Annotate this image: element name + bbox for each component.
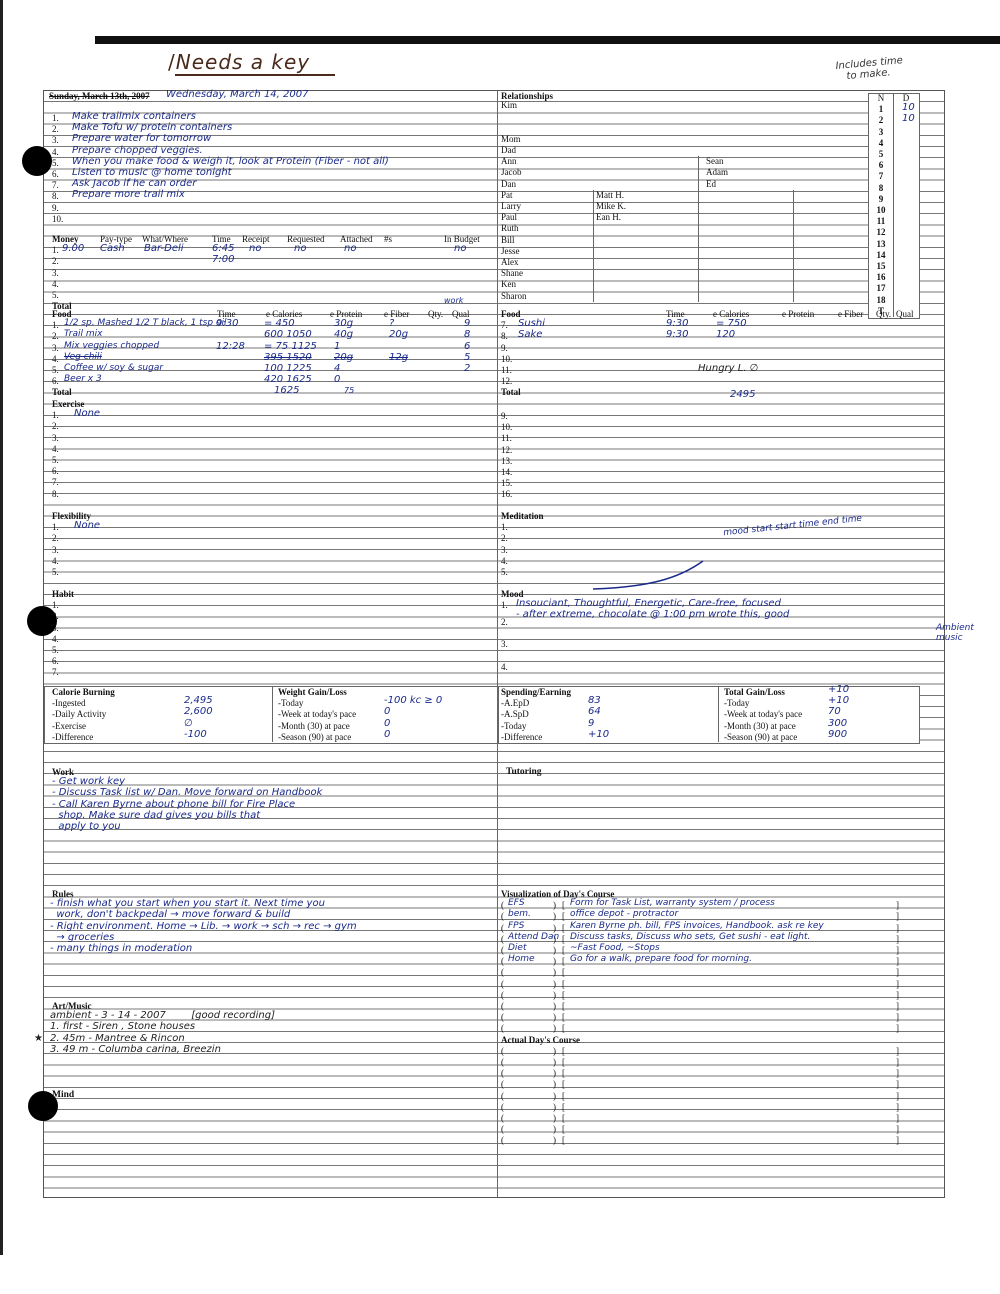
star-marker-icon: ★	[34, 1033, 43, 1044]
protein: 20g	[334, 352, 353, 363]
habit-header: Habit	[44, 589, 497, 600]
item-number: 4.	[52, 444, 59, 455]
food-item: 1/2 sp. Mashed 1/2 T black, 1 tsp oil	[64, 318, 226, 329]
close-paren: )	[553, 1124, 556, 1135]
money-row: 2.7:00	[44, 256, 497, 267]
column-header: #s	[384, 234, 392, 245]
d-value: 10	[902, 113, 915, 124]
header-value: +10	[828, 684, 849, 695]
item-number: 3.	[52, 135, 59, 146]
item-number: 4.	[52, 279, 59, 290]
open-paren: (	[501, 1001, 504, 1012]
calories: 100 1225	[264, 363, 312, 374]
close-bracket: ]	[896, 1046, 899, 1057]
calories: 395 1520	[264, 352, 312, 363]
n-value: 5	[870, 149, 892, 159]
row: 11.	[498, 433, 944, 444]
close-paren: )	[553, 1079, 556, 1090]
time: 9:30	[216, 318, 238, 329]
item-number: 3.	[52, 545, 59, 556]
course-who: Attend Dan	[508, 932, 559, 943]
requested: no	[294, 243, 306, 254]
close-bracket: ]	[896, 967, 899, 978]
close-paren: )	[553, 945, 556, 956]
close-paren: )	[553, 1023, 556, 1034]
item-number: 9.	[501, 411, 508, 422]
item-number: 12.	[501, 445, 512, 456]
protein: 0	[334, 374, 340, 385]
item-number: 16.	[501, 489, 512, 500]
column-header: e Fiber	[384, 309, 409, 320]
item-number: 15.	[501, 478, 512, 489]
n-value: 18	[870, 295, 892, 305]
course-row: ()[]	[498, 1079, 944, 1090]
flex-header: Flexibility	[44, 511, 497, 522]
quality: 8	[464, 329, 470, 340]
work-entry: - Call Karen Byrne about phone bill for …	[52, 799, 295, 810]
kv-value: 0	[384, 729, 390, 740]
column-header: e Fiber	[838, 309, 863, 320]
course-what: office depot - protractor	[570, 909, 678, 920]
food-total: Total2495	[498, 387, 944, 398]
row: 13.	[498, 456, 944, 467]
date-handwritten: Wednesday, March 14, 2007	[166, 89, 308, 100]
item-number: 3.	[52, 433, 59, 444]
item-number: 13.	[501, 456, 512, 467]
open-bracket: [	[562, 967, 565, 978]
todo-item: 9.	[44, 203, 497, 214]
todo-text: Make trailmix containers	[72, 111, 196, 122]
list-item: 4.	[44, 444, 497, 455]
item-number: 6.	[52, 656, 59, 667]
course-row: ()[]	[498, 1001, 944, 1012]
open-bracket: [	[562, 923, 565, 934]
relationship-name: Shane	[501, 268, 523, 279]
exercise-header: Exercise	[44, 399, 497, 410]
food-item: Sake	[518, 329, 542, 340]
row: 12.	[498, 445, 944, 456]
item-number: 1.	[52, 522, 59, 533]
list-item: 1.	[44, 600, 497, 611]
kv-row: -Month (30) at pace0	[44, 721, 497, 732]
open-paren: (	[501, 934, 504, 945]
kv-label: -Season (90) at pace	[278, 732, 351, 743]
kv-row: -Season (90) at pace0	[44, 732, 497, 743]
item-number: 11.	[501, 433, 512, 444]
open-bracket: [	[562, 900, 565, 911]
n-value: 12	[870, 227, 892, 237]
relationship-name: Bill	[501, 235, 515, 246]
item-number: 1.	[501, 600, 508, 611]
total-calories: 1625	[274, 385, 299, 396]
close-paren: )	[553, 1012, 556, 1023]
todo-text: Prepare water for tomorrow	[72, 133, 211, 144]
list-item: 3.	[44, 545, 497, 556]
tutoring-heading: Tutoring	[498, 767, 944, 778]
divider	[593, 190, 594, 302]
item-number: 2.	[52, 421, 59, 432]
kv-value: 70	[828, 706, 841, 717]
work-entry: shop. Make sure dad gives you bills that	[52, 810, 260, 821]
food-row: 6.Beer x 3420 16250	[44, 376, 497, 387]
course-what: Karen Byrne ph. bill, FPS invoices, Hand…	[570, 921, 824, 932]
open-paren: (	[501, 1102, 504, 1113]
calories: 600 1050	[264, 329, 312, 340]
time: 9:30	[666, 318, 688, 329]
relationship-name: Mom	[501, 134, 521, 145]
quality: 6	[464, 341, 470, 352]
todo-text: Ask Jacob if he can order	[72, 178, 196, 189]
item-number: 4.	[52, 147, 59, 158]
list-item: 6.	[44, 656, 497, 667]
n-value: 7	[870, 171, 892, 181]
money-row: 4.	[44, 279, 497, 290]
item-number: 12.	[501, 376, 512, 387]
relationship-name: Ken	[501, 279, 516, 290]
item-number: 6.	[52, 376, 59, 387]
open-bracket: [	[562, 934, 565, 945]
open-paren: (	[501, 923, 504, 934]
course-row: ()[]	[498, 1113, 944, 1124]
close-bracket: ]	[896, 1079, 899, 1090]
item-number: 2.	[52, 256, 59, 267]
actual-course-heading: Actual Day's Course	[501, 1035, 580, 1046]
n-value: 13	[870, 239, 892, 249]
fiber: 12g	[389, 352, 408, 363]
open-bracket: [	[562, 1124, 565, 1135]
food-item: Trail mix	[64, 329, 102, 340]
list-item: 5.	[44, 645, 497, 656]
habit-heading: Habit	[52, 589, 74, 600]
protein: 4	[334, 363, 340, 374]
relationship-name: Dad	[501, 145, 516, 156]
close-paren: )	[553, 967, 556, 978]
close-paren: )	[553, 911, 556, 922]
open-bracket: [	[562, 1001, 565, 1012]
kv-value: 0	[384, 718, 390, 729]
open-bracket: [	[562, 956, 565, 967]
item-number: 9.	[501, 343, 508, 354]
relationship-name: Ed	[706, 179, 716, 190]
list-item: 2.	[44, 421, 497, 432]
item-number: 4.	[52, 556, 59, 567]
open-bracket: [	[562, 1102, 565, 1113]
course-who: Diet	[508, 943, 527, 954]
item-number: 3.	[52, 268, 59, 279]
what-where: Bar-Deli	[144, 243, 184, 254]
course-row: ()[]	[498, 979, 944, 990]
column-header: Qty.	[428, 309, 443, 320]
kv-row: -Season (90) at pace900	[498, 732, 944, 743]
quality: 5	[464, 352, 470, 363]
list-item: 2.	[44, 533, 497, 544]
course-row: ()[]	[498, 1046, 944, 1057]
scan-top-bar	[95, 36, 1000, 44]
food-row: 9.	[498, 343, 944, 354]
close-paren: )	[553, 956, 556, 967]
close-paren: )	[553, 1068, 556, 1079]
close-bracket: ]	[896, 1135, 899, 1146]
art-entry: ambient - 3 - 14 - 2007 [good recording]	[50, 1010, 275, 1021]
open-paren: (	[501, 900, 504, 911]
item-number: 5.	[52, 365, 59, 376]
time: 6:45	[212, 243, 234, 254]
close-bracket: ]	[896, 1012, 899, 1023]
list-item: 1.None	[44, 410, 497, 421]
todo-text: Make Tofu w/ protein containers	[72, 122, 232, 133]
todo-text: When you make food & weigh it, look at P…	[72, 156, 389, 167]
open-paren: (	[501, 990, 504, 1001]
food-note: Hungry L. ∅	[698, 363, 758, 374]
item-number: 6.	[52, 466, 59, 477]
list-item: 1.None	[44, 522, 497, 533]
open-paren: (	[501, 1023, 504, 1034]
n-value: 4	[870, 138, 892, 148]
item-number: 5.	[52, 455, 59, 466]
kv-value: 0	[384, 706, 390, 717]
item-number: 7.	[52, 667, 59, 678]
close-paren: )	[553, 1001, 556, 1012]
close-paren: )	[553, 1046, 556, 1057]
item-number: 5.	[52, 645, 59, 656]
item-number: 11.	[501, 365, 512, 376]
course-what: Discuss tasks, Discuss who sets, Get sus…	[570, 932, 810, 943]
kv-label: -Month (30) at pace	[278, 721, 350, 732]
close-paren: )	[553, 1113, 556, 1124]
open-paren: (	[501, 956, 504, 967]
calories: = 75 1125	[264, 341, 317, 352]
item-number: 1.	[52, 320, 59, 331]
item-number: 2.	[501, 617, 508, 628]
item-number: 10.	[501, 422, 512, 433]
punch-hole	[27, 606, 57, 636]
food-row: 8.Sake9:30120	[498, 331, 944, 342]
relationship-name: Sharon	[501, 291, 527, 302]
rule-entry: - finish what you start when you start i…	[50, 898, 325, 909]
divider	[793, 190, 794, 302]
open-bracket: [	[562, 945, 565, 956]
list-item: 4.	[44, 556, 497, 567]
close-bracket: ]	[896, 956, 899, 967]
todo-text: Prepare more trail mix	[72, 189, 185, 200]
course-what: Form for Task List, warranty system / pr…	[570, 898, 775, 909]
list-item: 8.	[44, 489, 497, 500]
open-bracket: [	[562, 990, 565, 1001]
course-row: ()[]	[498, 1057, 944, 1068]
item-number: 7.	[52, 477, 59, 488]
protein: 40g	[334, 329, 353, 340]
close-bracket: ]	[896, 911, 899, 922]
open-paren: (	[501, 1012, 504, 1023]
open-paren: (	[501, 1068, 504, 1079]
open-bracket: [	[562, 1079, 565, 1090]
close-paren: )	[553, 1057, 556, 1068]
divider	[893, 93, 894, 317]
n-value: 14	[870, 250, 892, 260]
item-number: 4.	[52, 634, 59, 645]
fiber: 20g	[389, 329, 408, 340]
open-paren: (	[501, 1091, 504, 1102]
right-column: RelationshipsKimMomDadAnnJacobDanPatLarr…	[498, 91, 944, 1197]
mood-line: Insouciant, Thoughtful, Energetic, Care-…	[516, 598, 781, 609]
open-paren: (	[501, 979, 504, 990]
open-bracket: [	[562, 1113, 565, 1124]
item-number: 1.	[52, 600, 59, 611]
n-value: 16	[870, 272, 892, 282]
mind-heading: Mind	[44, 1090, 497, 1101]
open-paren: (	[501, 1135, 504, 1146]
course-what: ~Fast Food, ~Stops	[570, 943, 660, 954]
open-bracket: [	[562, 1012, 565, 1023]
relationship-name: Matt H.	[596, 190, 624, 201]
row: 9.	[498, 411, 944, 422]
kv-row: -Month (30) at pace300	[498, 721, 944, 732]
kv-row: -Today+10	[498, 698, 944, 709]
item-number: 3.	[501, 639, 508, 650]
column-header: Qty.	[876, 309, 891, 320]
punch-hole	[22, 146, 52, 176]
title-note: /Needs a key	[168, 50, 310, 74]
quality: 2	[464, 363, 470, 374]
kv-value: -100 kc ≥ 0	[384, 695, 442, 706]
open-paren: (	[501, 1046, 504, 1057]
item-number: 4.	[501, 662, 508, 673]
close-paren: )	[553, 1135, 556, 1146]
list-item: 2.	[44, 611, 497, 622]
row: 3.	[498, 639, 944, 650]
n-value: 17	[870, 283, 892, 293]
close-paren: )	[553, 1102, 556, 1113]
list-item: 7.	[44, 667, 497, 678]
item-number: 4.	[52, 354, 59, 365]
list-item: 3.	[44, 433, 497, 444]
row: Actual Day's Course	[498, 1035, 944, 1046]
calories: 420 1625	[264, 374, 312, 385]
course-row: ()[]	[498, 1012, 944, 1023]
rule-entry: - Right environment. Home → Lib. → work …	[50, 921, 357, 932]
planner-page: Sunday, March 13th, 2007 Wednesday, Marc…	[43, 90, 945, 1198]
art-line: 3. 49 m - Columba carina, Breezin	[44, 1046, 497, 1057]
kv-value: +10	[828, 695, 849, 706]
quality: 9	[464, 318, 470, 329]
todo-item: 8.Prepare more trail mix	[44, 191, 497, 202]
open-paren: (	[501, 1057, 504, 1068]
total-note: work	[444, 295, 463, 306]
close-bracket: ]	[896, 1124, 899, 1135]
kv-label: -Today	[278, 698, 303, 709]
relationship-name: Ean H.	[596, 212, 621, 223]
list-item: 4.	[44, 634, 497, 645]
course-row: ()[]	[498, 1124, 944, 1135]
todo-item: 10.	[44, 214, 497, 225]
calories: = 750	[716, 318, 747, 329]
open-bracket: [	[562, 1046, 565, 1057]
open-bracket: [	[562, 1135, 565, 1146]
course-what: Go for a walk, prepare food for morning.	[570, 954, 752, 965]
row: 15.	[498, 478, 944, 489]
item-number: 8.	[52, 191, 59, 202]
relationship-name: Sean	[706, 156, 724, 167]
close-bracket: ]	[896, 1057, 899, 1068]
course-row: ()[]	[498, 990, 944, 1001]
n-value: 1	[870, 104, 892, 114]
close-bracket: ]	[896, 1068, 899, 1079]
n-value: 9	[870, 194, 892, 204]
tgain-heading: Total Gain/Loss	[724, 687, 785, 698]
total-label: Total	[501, 387, 521, 398]
open-paren: (	[501, 1113, 504, 1124]
close-bracket: ]	[896, 923, 899, 934]
close-bracket: ]	[896, 1091, 899, 1102]
item-number: 8.	[501, 331, 508, 342]
close-bracket: ]	[896, 934, 899, 945]
close-bracket: ]	[896, 1113, 899, 1124]
art-entry: 3. 49 m - Columba carina, Breezin	[50, 1044, 221, 1055]
open-paren: (	[501, 1124, 504, 1135]
title-underline	[175, 74, 335, 76]
food-item: Mix veggies chopped	[64, 341, 159, 352]
item-number: 2.	[52, 533, 59, 544]
relationship-name: Adam	[706, 167, 728, 178]
item-number: 1.	[52, 410, 59, 421]
money-row: 3.	[44, 268, 497, 279]
item-number: 3.	[52, 343, 59, 354]
kv-label: -Month (30) at pace	[724, 721, 796, 732]
row: 14.	[498, 467, 944, 478]
row: 16.	[498, 489, 944, 500]
calories: 120	[716, 329, 735, 340]
left-column: Sunday, March 13th, 2007 Wednesday, Marc…	[44, 91, 498, 1197]
relationship-name: Mike K.	[596, 201, 626, 212]
item-number: 5.	[52, 567, 59, 578]
course-who: FPS	[508, 921, 524, 932]
rule-entry: → groceries	[50, 932, 114, 943]
date-row: Sunday, March 13th, 2007 Wednesday, Marc…	[44, 91, 497, 102]
work-line: apply to you	[44, 823, 497, 834]
kv-label: -Today	[724, 698, 749, 709]
kv-row: -Week at today's pace70	[498, 709, 944, 720]
food-item: Veg chili	[64, 352, 102, 363]
protein: 30g	[334, 318, 353, 329]
money-row: 1.9.00CashBar-Deli6:45nononono	[44, 245, 497, 256]
item-number: 8.	[52, 489, 59, 500]
item-number: 14.	[501, 467, 512, 478]
time: 12:28	[216, 341, 245, 352]
entry: None	[74, 520, 100, 531]
course-row: ()[]EFSForm for Task List, warranty syst…	[498, 900, 944, 911]
food-item: Beer x 3	[64, 374, 102, 385]
close-bracket: ]	[896, 900, 899, 911]
kv-row: -Week at today's pace0	[44, 709, 497, 720]
food-row: 12.	[498, 376, 944, 387]
pay-type: Cash	[100, 243, 125, 254]
punch-hole	[28, 1091, 58, 1121]
time: 9:30	[666, 329, 688, 340]
n-value: 6	[870, 160, 892, 170]
in-budget: no	[454, 243, 466, 254]
d-value: 10	[902, 102, 915, 113]
course-row: ()[]	[498, 1135, 944, 1146]
rule-entry: work, don't backpedal → move forward & b…	[50, 909, 290, 920]
time: 7:00	[212, 254, 234, 265]
list-item: 5.	[44, 455, 497, 466]
money-row: 5.	[44, 290, 497, 301]
row: 10.	[498, 422, 944, 433]
protein: 1	[334, 341, 340, 352]
close-bracket: ]	[896, 979, 899, 990]
item-number: 5.	[52, 158, 59, 169]
kv-row: -Today-100 kc ≥ 0	[44, 698, 497, 709]
